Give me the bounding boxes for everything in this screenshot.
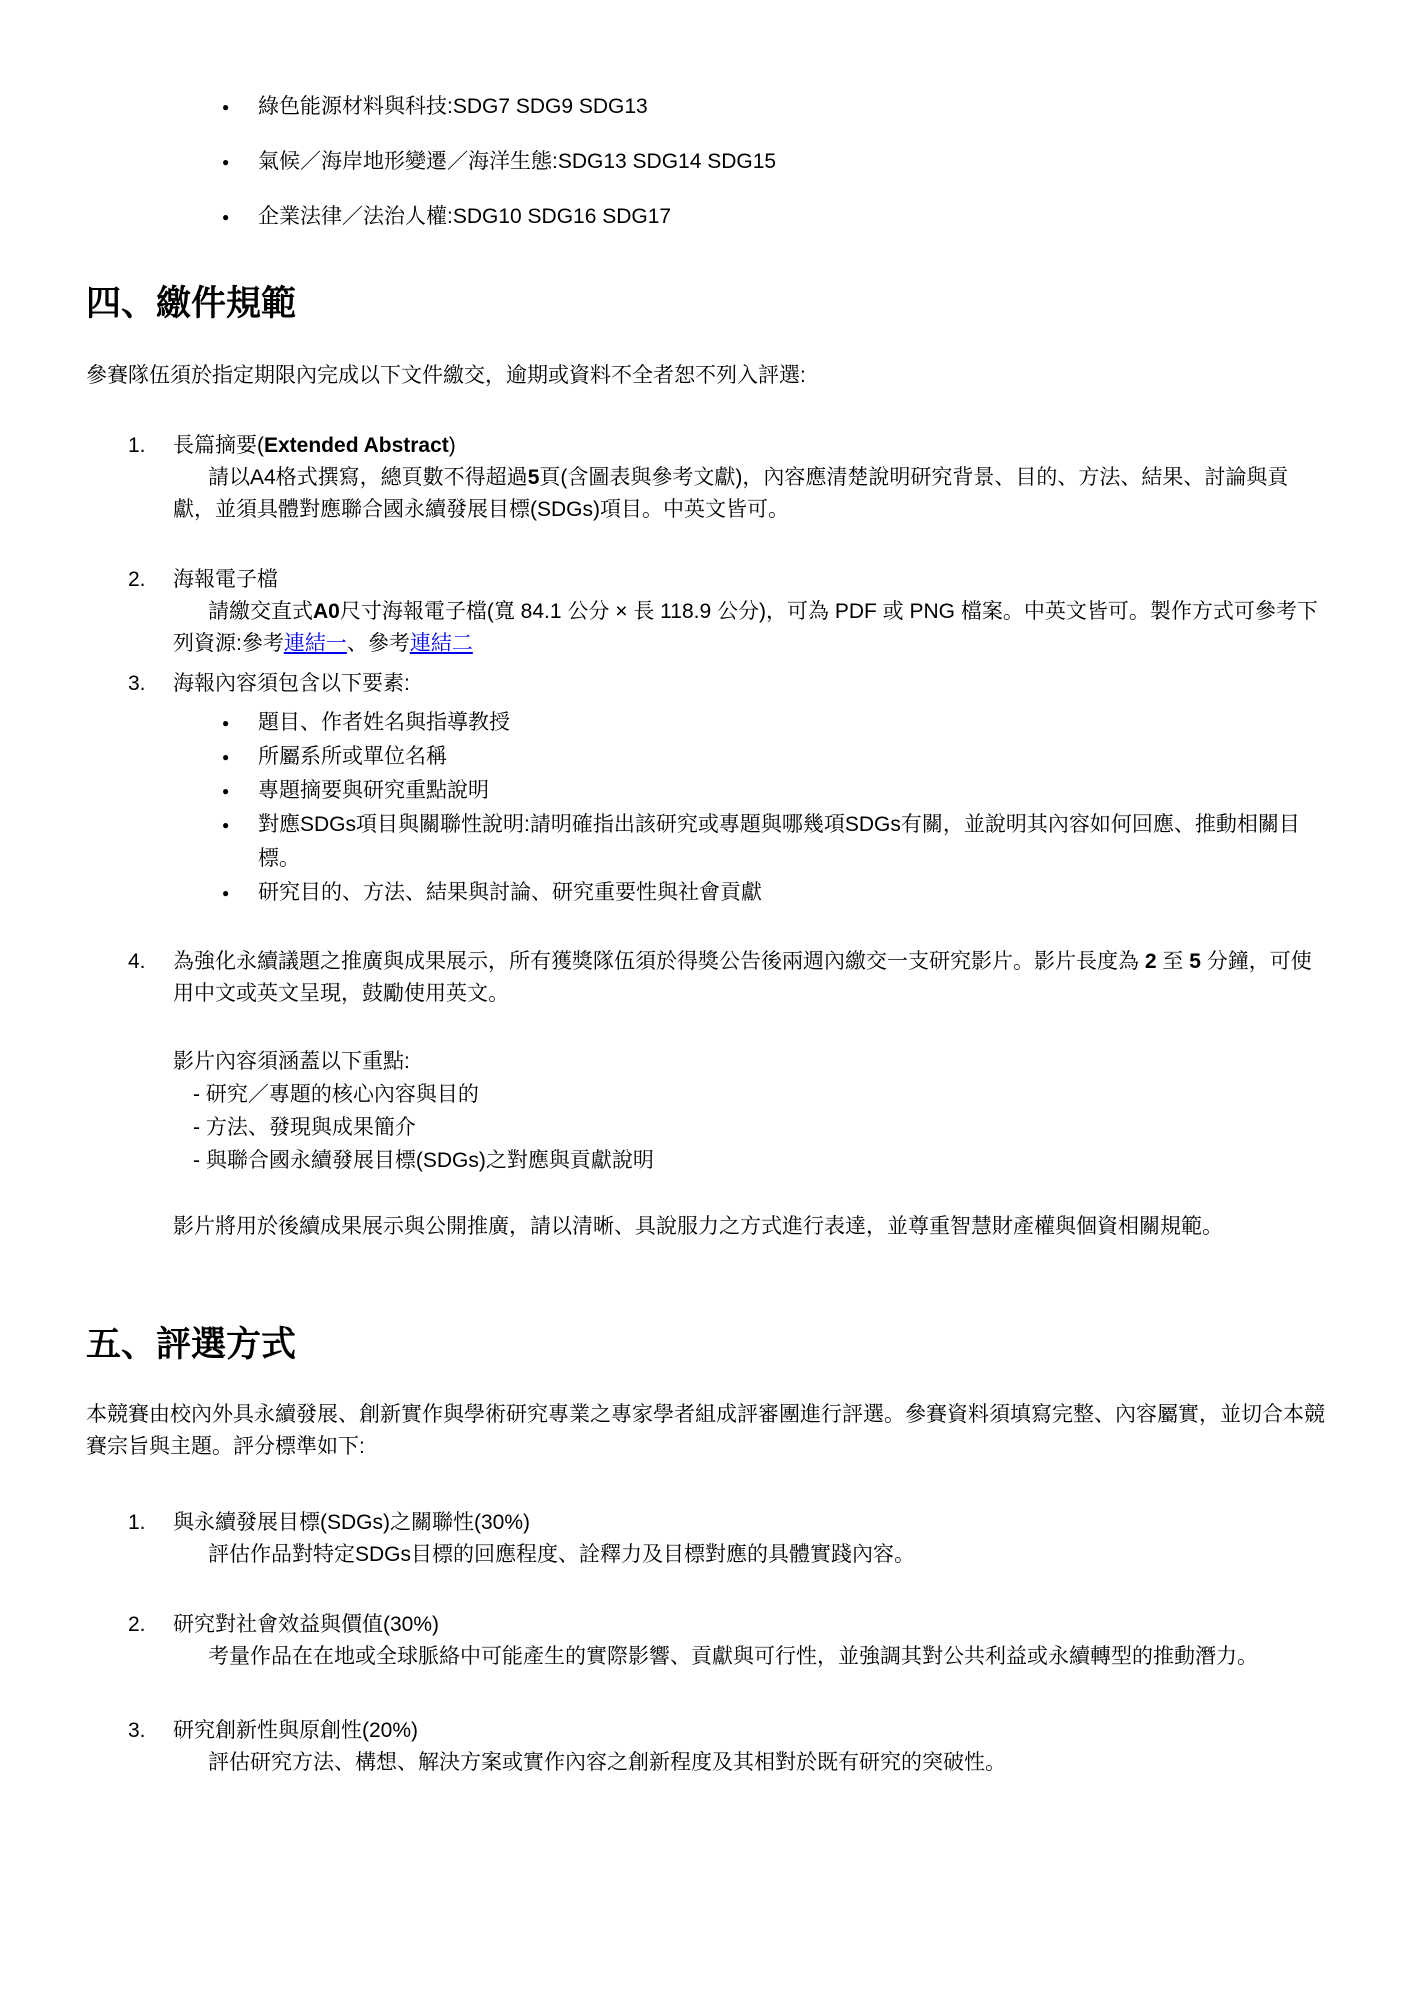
topic-bullet-list: ● 綠色能源材料與科技:SDG7 SDG9 SDG13 ● 氣候／海岸地形變遷／… [222,92,1330,232]
bullet-icon: ● [222,774,258,808]
list-item: - 研究／專題的核心內容與目的 [193,1078,1330,1111]
poster-element-text: 研究目的、方法、結果與討論、研究重要性與社會貢獻 [258,876,1330,910]
item4-text-run: 為強化永續議題之推廣與成果展示，所有獲獎隊伍須於得獎公告後兩週內繳交一支研究影片… [173,950,1145,973]
item-body: 為強化永續議題之推廣與成果展示，所有獲獎隊伍須於得獎公告後兩週內繳交一支研究影片… [173,946,1330,1243]
item1-title-text: ) [449,434,456,457]
list-item: ● 研究目的、方法、結果與討論、研究重要性與社會貢獻 [222,876,1330,910]
item2-detail-bold: A0 [313,600,340,623]
item3-title: 海報內容須包含以下要素: [173,668,1330,700]
numbered-item-3: 3. 海報內容須包含以下要素: ● 題目、作者姓名與指導教授 ● 所屬系所或單位… [86,668,1330,910]
poster-element-text: 所屬系所或單位名稱 [258,740,1330,774]
topic-text: 綠色能源材料與科技:SDG7 SDG9 SDG13 [258,92,1330,122]
video-points-list: - 研究／專題的核心內容與目的 - 方法、發現與成果簡介 - 與聯合國永續發展目… [193,1078,1330,1177]
list-item: - 方法、發現與成果簡介 [193,1111,1330,1144]
item1-title-bold: Extended Abstract [264,434,449,457]
bullet-icon: ● [222,808,258,876]
bullet-icon: ● [222,147,258,177]
item1-detail-text: 請以A4格式撰寫，總頁數不得超過 [208,466,528,489]
bullet-icon: ● [222,202,258,232]
topic-text: 氣候／海岸地形變遷／海洋生態:SDG13 SDG14 SDG15 [258,147,1330,177]
criterion-item-3: 3. 研究創新性與原創性(20%) 評估研究方法、構想、解決方案或實作內容之創新… [86,1715,1330,1779]
list-item: ● 所屬系所或單位名稱 [222,740,1330,774]
item1-title-text: 長篇摘要( [173,434,264,457]
item-number: 2. [128,1609,173,1673]
item-number: 3. [128,668,173,910]
criterion-item-1: 1. 與永續發展目標(SDGs)之關聯性(30%) 評估作品對特定SDGs目標的… [86,1507,1330,1571]
list-item: ● 專題摘要與研究重點說明 [222,774,1330,808]
numbered-item-2: 2. 海報電子檔 請繳交直式A0尺寸海報電子檔(寬 84.1 公分 × 長 11… [86,564,1330,660]
item-body: 海報電子檔 請繳交直式A0尺寸海報電子檔(寬 84.1 公分 × 長 118.9… [173,564,1330,660]
section-heading-evaluation: 五、評選方式 [86,1323,1330,1367]
criterion-title: 研究對社會效益與價值(30%) [173,1609,1330,1641]
item-number: 3. [128,1715,173,1779]
criterion-title: 研究創新性與原創性(20%) [173,1715,1330,1747]
item-number: 1. [128,430,173,526]
section5-intro: 本競賽由校內外具永續發展、創新實作與學術研究專業之專家學者組成評審團進行評選。參… [86,1399,1330,1463]
list-item: - 與聯合國永續發展目標(SDGs)之對應與貢獻說明 [193,1144,1330,1177]
item-number: 1. [128,1507,173,1571]
item2-detail-text: 、參考 [347,632,410,655]
section-heading-submission: 四、繳件規範 [86,282,1330,326]
bullet-icon: ● [222,876,258,910]
document-page: ● 綠色能源材料與科技:SDG7 SDG9 SDG13 ● 氣候／海岸地形變遷／… [0,0,1416,2000]
numbered-item-4: 4. 為強化永續議題之推廣與成果展示，所有獲獎隊伍須於得獎公告後兩週內繳交一支研… [86,946,1330,1243]
criterion-item-2: 2. 研究對社會效益與價值(30%) 考量作品在在地或全球脈絡中可能產生的實際影… [86,1609,1330,1673]
reference-link-1[interactable]: 連結一 [284,632,347,655]
list-item: ● 綠色能源材料與科技:SDG7 SDG9 SDG13 [222,92,1330,122]
section4-intro: 參賽隊伍須於指定期限內完成以下文件繳交，逾期或資料不全者恕不列入評選: [86,360,1330,392]
item-number: 4. [128,946,173,1243]
criterion-detail: 評估作品對特定SDGs目標的回應程度、詮釋力及目標對應的具體實踐內容。 [173,1539,1330,1571]
item4-text: 為強化永續議題之推廣與成果展示，所有獲獎隊伍須於得獎公告後兩週內繳交一支研究影片… [173,946,1330,1010]
criterion-detail: 評估研究方法、構想、解決方案或實作內容之創新程度及其相對於既有研究的突破性。 [173,1747,1330,1779]
item-body: 研究創新性與原創性(20%) 評估研究方法、構想、解決方案或實作內容之創新程度及… [173,1715,1330,1779]
item-body: 與永續發展目標(SDGs)之關聯性(30%) 評估作品對特定SDGs目標的回應程… [173,1507,1330,1571]
list-item: ● 企業法律／法治人權:SDG10 SDG16 SDG17 [222,202,1330,232]
item-number: 2. [128,564,173,660]
video-usage-note: 影片將用於後續成果展示與公開推廣，請以清晰、具說服力之方式進行表達，並尊重智慧財… [173,1211,1330,1243]
poster-element-text: 對應SDGs項目與關聯性說明:請明確指出該研究或專題與哪幾項SDGs有關，並說明… [258,808,1330,876]
numbered-item-1: 1. 長篇摘要(Extended Abstract) 請以A4格式撰寫，總頁數不… [86,430,1330,526]
video-requirements-intro: 影片內容須涵蓋以下重點: [173,1046,1330,1078]
item-body: 長篇摘要(Extended Abstract) 請以A4格式撰寫，總頁數不得超過… [173,430,1330,526]
poster-element-text: 專題摘要與研究重點說明 [258,774,1330,808]
item4-bold-number: 2 [1145,950,1157,973]
list-item: ● 題目、作者姓名與指導教授 [222,706,1330,740]
item2-detail: 請繳交直式A0尺寸海報電子檔(寬 84.1 公分 × 長 118.9 公分)，可… [173,596,1330,660]
criterion-detail: 考量作品在在地或全球脈絡中可能產生的實際影響、貢獻與可行性，並強調其對公共利益或… [173,1641,1330,1673]
list-item: ● 氣候／海岸地形變遷／海洋生態:SDG13 SDG14 SDG15 [222,147,1330,177]
reference-link-2[interactable]: 連結二 [410,632,473,655]
item1-detail-bold: 5 [528,466,540,489]
item1-detail: 請以A4格式撰寫，總頁數不得超過5頁(含圖表與參考文獻)，內容應清楚說明研究背景… [173,462,1330,526]
poster-elements-list: ● 題目、作者姓名與指導教授 ● 所屬系所或單位名稱 ● 專題摘要與研究重點說明… [222,706,1330,910]
criterion-title: 與永續發展目標(SDGs)之關聯性(30%) [173,1507,1330,1539]
item-body: 海報內容須包含以下要素: ● 題目、作者姓名與指導教授 ● 所屬系所或單位名稱 … [173,668,1330,910]
item-body: 研究對社會效益與價值(30%) 考量作品在在地或全球脈絡中可能產生的實際影響、貢… [173,1609,1330,1673]
list-item: ● 對應SDGs項目與關聯性說明:請明確指出該研究或專題與哪幾項SDGs有關，並… [222,808,1330,876]
bullet-icon: ● [222,92,258,122]
item2-title: 海報電子檔 [173,564,1330,596]
bullet-icon: ● [222,740,258,774]
poster-element-text: 題目、作者姓名與指導教授 [258,706,1330,740]
item4-bold-number: 5 [1189,950,1201,973]
item4-text-run: 至 [1157,950,1190,973]
item1-title: 長篇摘要(Extended Abstract) [173,430,1330,462]
bullet-icon: ● [222,706,258,740]
topic-text: 企業法律／法治人權:SDG10 SDG16 SDG17 [258,202,1330,232]
item2-detail-text: 請繳交直式 [208,600,313,623]
